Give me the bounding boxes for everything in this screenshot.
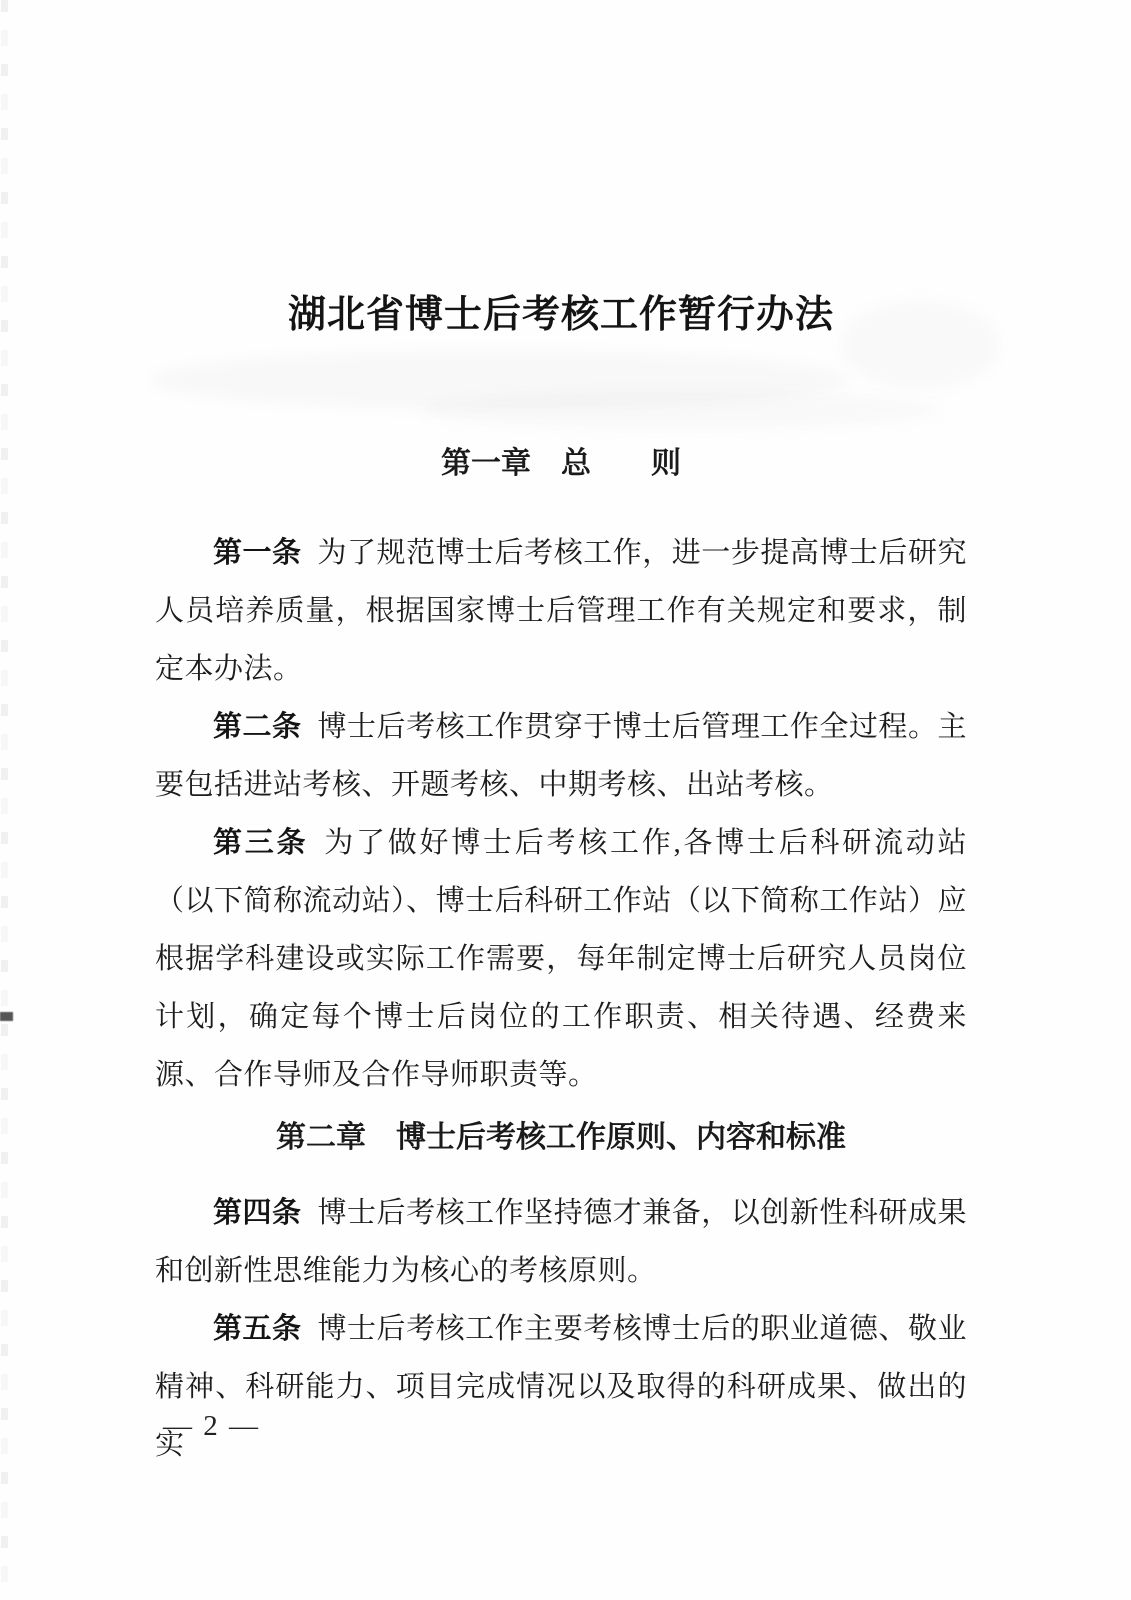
scan-artifact-mark [0,1012,13,1021]
document-title: 湖北省博士后考核工作暂行办法 [155,0,967,338]
article-3-label: 第三条 [213,827,308,859]
chapter-2-body: 第四条博士后考核工作坚持德才兼备，以创新性科研成果和创新性思维能力为核心的考核原… [155,1184,967,1474]
article-4: 第四条博士后考核工作坚持德才兼备，以创新性科研成果和创新性思维能力为核心的考核原… [155,1184,967,1300]
article-3: 第三条为了做好博士后考核工作,各博士后科研流动站（以下简称流动站）、博士后科研工… [155,814,967,1104]
chapter-1-body: 第一条为了规范博士后考核工作，进一步提高博士后研究人员培养质量，根据国家博士后管… [155,524,967,1104]
chapter-1-heading: 第一章 总 则 [155,444,967,484]
article-3-text: 为了做好博士后考核工作,各博士后科研流动站（以下简称流动站）、博士后科研工作站（… [155,827,967,1091]
article-2: 第二条博士后考核工作贯穿于博士后管理工作全过程。主要包括进站考核、开题考核、中期… [155,698,967,814]
scanned-document-page: 湖北省博士后考核工作暂行办法 第一章 总 则 第一条为了规范博士后考核工作，进一… [0,0,1131,1600]
chapter-2-heading: 第二章 博士后考核工作原则、内容和标准 [155,1118,967,1158]
article-5: 第五条博士后考核工作主要考核博士后的职业道德、敬业精神、科研能力、项目完成情况以… [155,1300,967,1474]
scan-artifact-left-edge [1,0,8,1600]
article-1-label: 第一条 [213,537,302,569]
page-number: — 2 — [163,1410,260,1443]
document-content: 湖北省博士后考核工作暂行办法 第一章 总 则 第一条为了规范博士后考核工作，进一… [155,0,967,1474]
article-4-label: 第四条 [213,1197,302,1229]
article-1: 第一条为了规范博士后考核工作，进一步提高博士后研究人员培养质量，根据国家博士后管… [155,524,967,698]
article-2-label: 第二条 [213,711,302,743]
article-5-label: 第五条 [213,1313,302,1345]
